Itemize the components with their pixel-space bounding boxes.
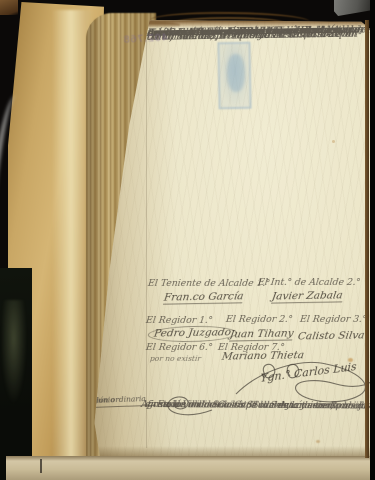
stamp-figure [227,54,246,92]
foxing-spot [316,440,320,443]
scanned-book-photo: en el 1.° y corriente, la primera tan bu… [0,0,375,480]
background-right-edge [370,0,375,480]
absence-note: por no existir [149,354,201,363]
official-title: El Teniente de Alcalde 1.° [147,278,270,289]
page-right-edge [365,20,369,458]
signature: Fran.co García [163,290,244,304]
official-title: El Regidor 3.° [299,314,367,325]
official-title: El Int.° de Alcalde 2.° [257,277,361,288]
table-strip-mark [40,459,42,473]
background-grey-corner [334,0,375,16]
foxing-spot [332,140,335,143]
official-title: El Regidor 1.° [145,315,213,326]
table-strip [6,456,372,480]
official-title: El Regidor 2.° [225,314,293,325]
signature: Juan Tihany [229,327,294,341]
manuscript-line: firmados en la Sala Capitular de la mism… [146,399,369,414]
signature: Calisto Silva [297,329,365,342]
blue-revenue-stamp [217,42,251,110]
official-title: El Regidor 6.° [145,342,213,353]
dark-table-texture [2,300,28,410]
signature: Javier Zabala [271,289,344,303]
background-brown-corner [0,0,18,15]
margin-rule-line [146,30,147,448]
